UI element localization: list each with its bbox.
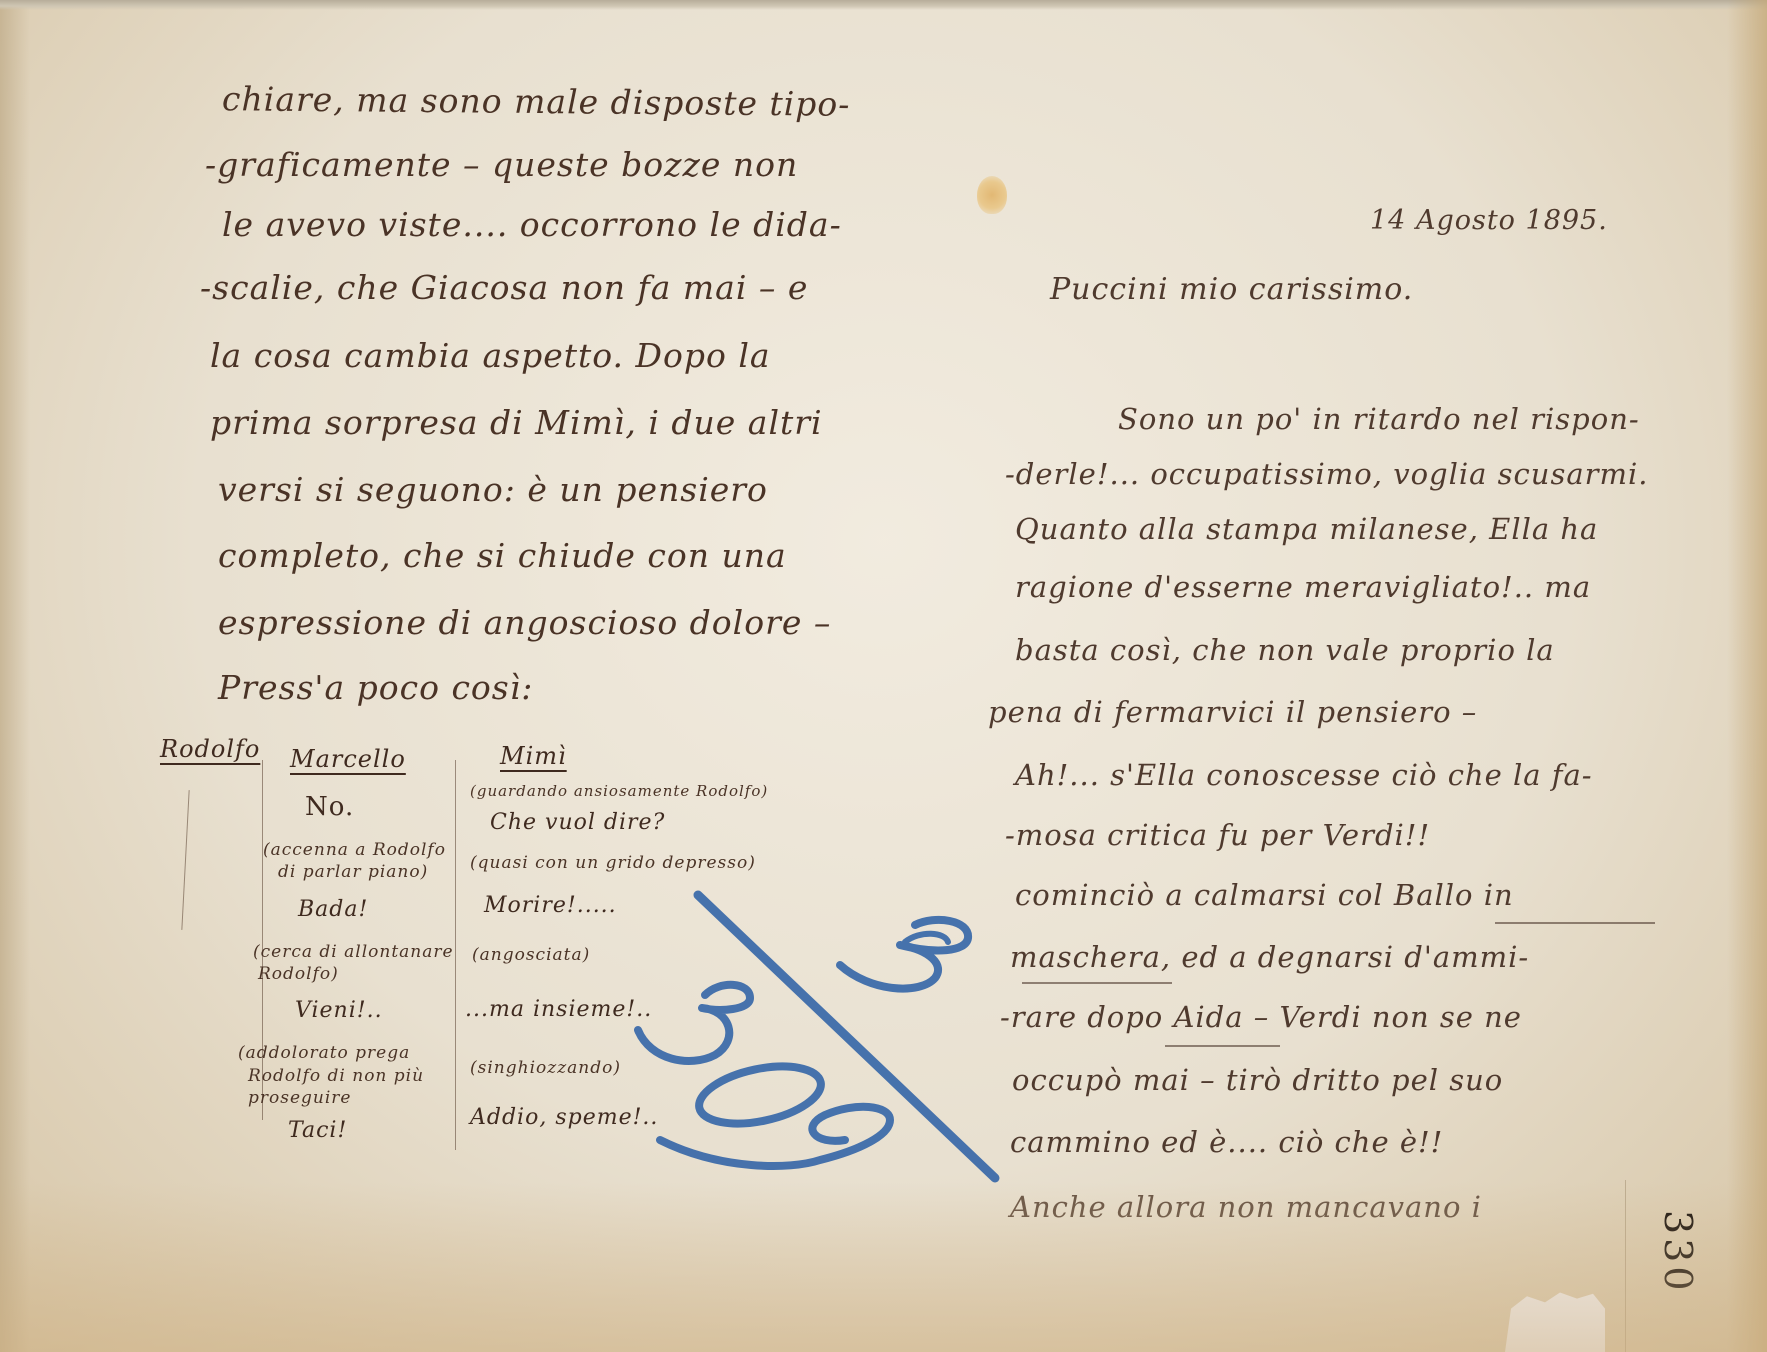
right-line-3: Quanto alla stampa milanese, Ella ha [1015,512,1598,546]
left-line-4: -scalie, che Giacosa non fa mai – e [200,268,808,307]
rodolfo-brace [181,790,189,930]
column-divider-2 [455,760,456,1150]
letter-salutation: Puccini mio carissimo. [1050,272,1413,307]
left-line-5: la cosa cambia aspetto. Dopo la [210,336,771,375]
underline-maschera [1022,982,1172,984]
marcello-direction-1b: di parlar piano) [278,862,428,882]
right-line-12: occupò mai – tirò dritto pel suo [1012,1063,1503,1097]
paper-right-edge [1727,0,1767,1352]
folio-number: 330 [1656,1210,1700,1295]
marcello-direction-1a: (accenna a Rodolfo [263,840,446,860]
marcello-direction-3a: (addolorato prega [238,1043,410,1063]
marcello-direction-3c: proseguire [248,1088,351,1108]
left-line-10: Press'a poco così: [218,668,533,707]
right-line-8: -mosa critica fu per Verdi!! [1005,818,1430,852]
right-line-6: pena di fermarvici il pensiero – [988,695,1477,729]
ink-stain [977,176,1007,214]
marcello-direction-2b: Rodolfo) [258,964,339,984]
right-line-2: -derle!... occupatissimo, voglia scusarm… [1005,457,1648,491]
right-line-14: Anche allora non mancavano i [1010,1190,1482,1224]
mimi-line-morire: Morire!..... [484,893,617,918]
right-line-1: Sono un po' in ritardo nel rispon- [1118,402,1640,436]
letter-date: 14 Agosto 1895. [1370,205,1608,236]
right-line-11: -rare dopo Aida – Verdi non se ne [1000,1000,1522,1034]
marcello-line-no: No. [305,792,354,822]
right-line-13: cammino ed è.... ciò che è!! [1010,1125,1443,1159]
left-line-3: le avevo viste.... occorrono le dida- [222,205,842,244]
left-line-1: chiare, ma sono male disposte tipo- [222,79,851,123]
speaker-marcello: Marcello [290,745,406,773]
marcello-direction-3b: Rodolfo di non più [248,1066,424,1086]
left-line-8: completo, che si chiude con una [218,536,787,575]
marcello-line-vieni: Vieni!.. [295,998,383,1023]
right-line-5: basta così, che non vale proprio la [1015,633,1555,667]
mimi-direction-1: (guardando ansiosamente Rodolfo) [470,782,768,800]
mimi-direction-3: (angosciata) [472,945,590,965]
underline-ballo-in [1495,922,1655,924]
right-line-10: maschera, ed a degnarsi d'ammi- [1010,940,1529,974]
mimi-line-che-vuol-dire: Che vuol dire? [490,810,665,835]
paper-tear-patch [1505,1290,1605,1352]
paper-top-edge [0,0,1767,10]
fold-line [1625,1180,1626,1352]
manuscript-sheet: chiare, ma sono male disposte tipo- -gra… [0,0,1767,1352]
mimi-direction-4: (singhiozzando) [470,1058,621,1078]
speaker-mimi: Mimì [500,742,567,770]
speaker-rodolfo: Rodolfo [160,735,260,763]
blue-pencil-number-mark [600,870,1020,1190]
right-line-7: Ah!... s'Ella conoscesse ciò che la fa- [1015,758,1593,792]
marcello-direction-2a: (cerca di allontanare [253,942,454,962]
underline-aida [1165,1045,1280,1047]
right-line-9: cominciò a calmarsi col Ballo in [1015,878,1514,912]
right-line-4: ragione d'esserne meravigliato!.. ma [1015,570,1591,604]
marcello-line-taci: Taci! [288,1118,347,1143]
left-line-2: -graficamente – queste bozze non [205,145,798,184]
marcello-line-bada: Bada! [298,897,368,922]
left-line-6: prima sorpresa di Mimì, i due altri [210,403,823,442]
left-line-7: versi si seguono: è un pensiero [218,470,768,509]
left-line-9: espressione di angoscioso dolore – [218,603,831,642]
